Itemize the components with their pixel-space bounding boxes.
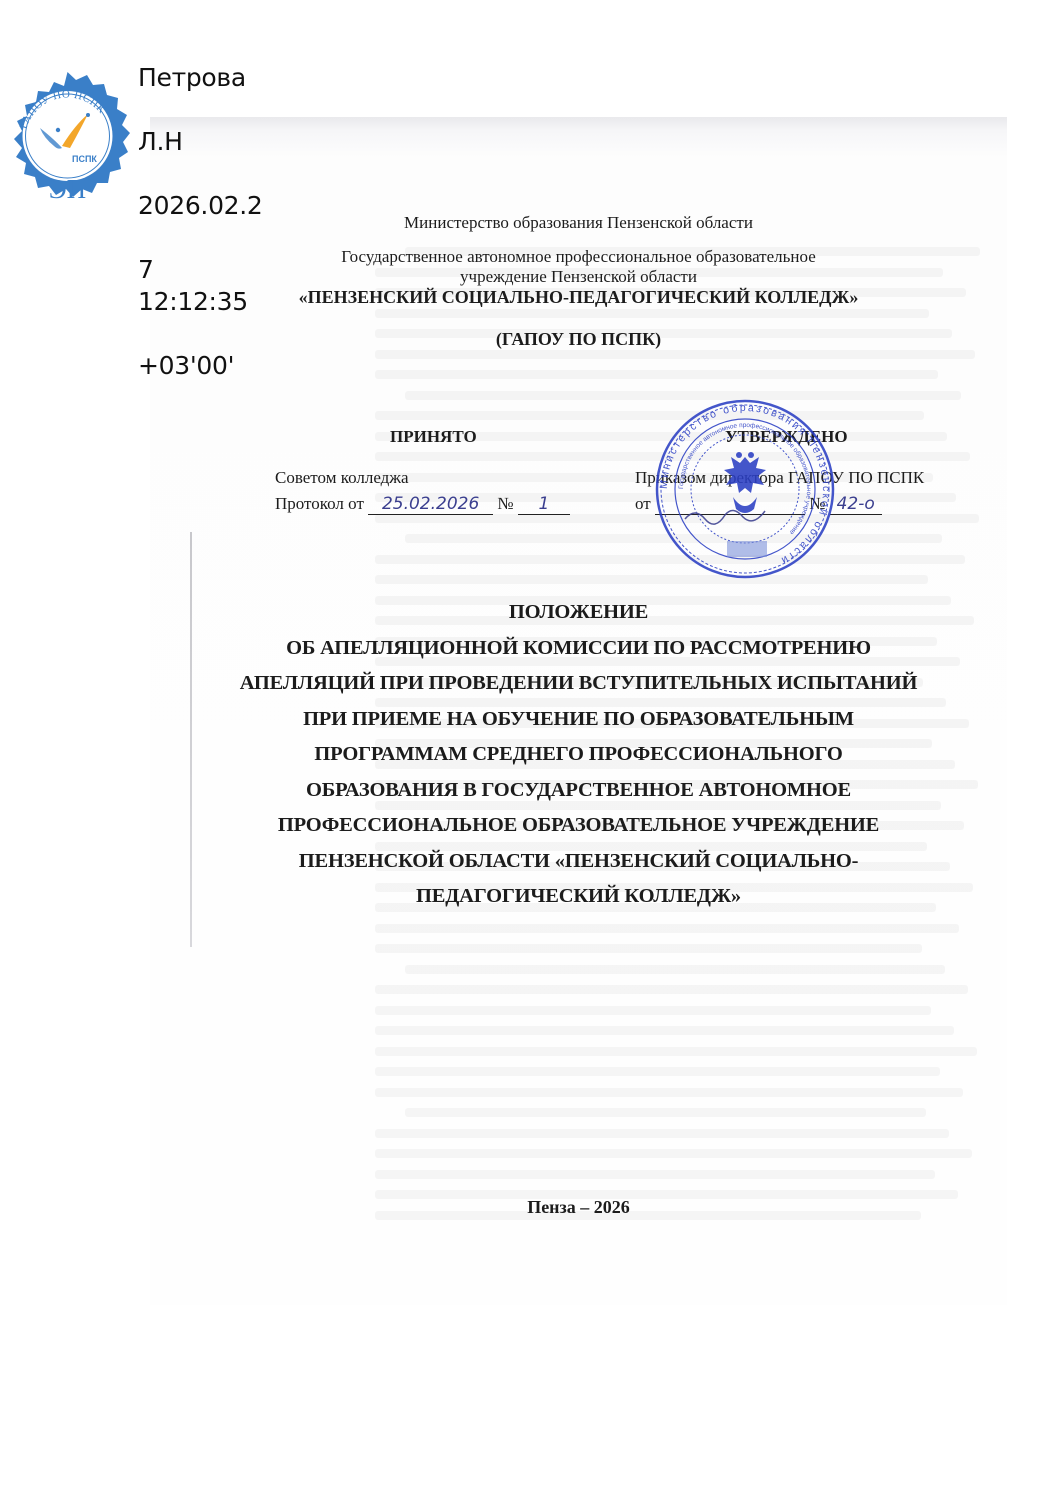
city-year: Пенза – 2026: [150, 1197, 1007, 1218]
title-line: ПРИ ПРИЕМЕ НА ОБУЧЕНИЕ ПО ОБРАЗОВАТЕЛЬНЫ…: [150, 702, 1007, 738]
college-name: «ПЕНЗЕНСКИЙ СОЦИАЛЬНО-ПЕДАГОГИЧЕСКИЙ КОЛ…: [150, 287, 1007, 308]
signature-timezone: +03'00': [138, 350, 270, 382]
accepted-block: ПРИНЯТО Советом колледжа Протокол от 25.…: [275, 427, 595, 517]
signer-initials: Л.Н: [138, 126, 270, 158]
college-abbreviation: (ГАПОУ ПО ПСПК): [150, 329, 1007, 350]
title-line: ПЕДАГОГИЧЕСКИЙ КОЛЛЕДЖ»: [150, 879, 1007, 915]
protocol-label: Протокол от: [275, 494, 364, 513]
signature-time: 7 12:12:35: [138, 254, 270, 318]
scanned-page: Министерство образования Пензенской обла…: [150, 117, 1007, 1305]
svg-text:ЭП: ЭП: [49, 174, 86, 204]
signer-surname: Петрова: [138, 62, 270, 94]
title-line: ПОЛОЖЕНИЕ: [150, 595, 1007, 631]
protocol-number-sign: №: [497, 494, 513, 513]
protocol-line: Протокол от 25.02.2026 № 1: [275, 491, 595, 517]
order-date-illegible: [655, 494, 805, 515]
approved-by: Приказом директора ГАПОУ ПО ПСПК: [635, 465, 955, 491]
order-date-label: от: [635, 494, 651, 513]
signature-date: 2026.02.2: [138, 190, 270, 222]
title-line: ПРОГРАММАМ СРЕДНЕГО ПРОФЕССИОНАЛЬНОГО: [150, 737, 1007, 773]
title-line: ОБРАЗОВАНИЯ В ГОСУДАРСТВЕННОЕ АВТОНОМНОЕ: [150, 773, 1007, 809]
title-line: ПРОФЕССИОНАЛЬНОЕ ОБРАЗОВАТЕЛЬНОЕ УЧРЕЖДЕ…: [150, 808, 1007, 844]
approved-block: УТВЕРЖДЕНО Приказом директора ГАПОУ ПО П…: [635, 427, 955, 517]
electronic-signature: ГАПОУ ПО ПСПК ПСПК ЭП Петрова Л.Н 2026.0…: [0, 30, 270, 210]
order-line: от № 42-о: [635, 491, 955, 517]
ministry-name: Министерство образования Пензенской обла…: [150, 213, 1007, 233]
institution-line-2: учреждение Пензенской области: [150, 267, 1007, 287]
order-number: 42-о: [830, 494, 882, 515]
protocol-date: 25.02.2026: [368, 494, 493, 515]
order-number-sign: №: [809, 494, 825, 513]
accepted-by: Советом колледжа: [275, 465, 595, 491]
document-title: ПОЛОЖЕНИЕ ОБ АПЕЛЛЯЦИОННОЙ КОМИССИИ ПО Р…: [150, 595, 1007, 915]
institution-line-1: Государственное автономное профессиональ…: [150, 247, 1007, 267]
svg-text:ПСПК: ПСПК: [72, 154, 97, 164]
accepted-heading: ПРИНЯТО: [275, 427, 595, 447]
signer-info: Петрова Л.Н 2026.02.2 7 12:12:35 +03'00': [138, 30, 270, 414]
ep-seal-icon: ГАПОУ ПО ПСПК ПСПК ЭП: [0, 70, 135, 205]
title-line: ПЕНЗЕНСКОЙ ОБЛАСТИ «ПЕНЗЕНСКИЙ СОЦИАЛЬНО…: [150, 844, 1007, 880]
title-line: АПЕЛЛЯЦИЙ ПРИ ПРОВЕДЕНИИ ВСТУПИТЕЛЬНЫХ И…: [150, 666, 1007, 702]
approved-heading: УТВЕРЖДЕНО: [635, 427, 955, 447]
title-line: ОБ АПЕЛЛЯЦИОННОЙ КОМИССИИ ПО РАССМОТРЕНИ…: [150, 631, 1007, 667]
protocol-number: 1: [518, 494, 570, 515]
